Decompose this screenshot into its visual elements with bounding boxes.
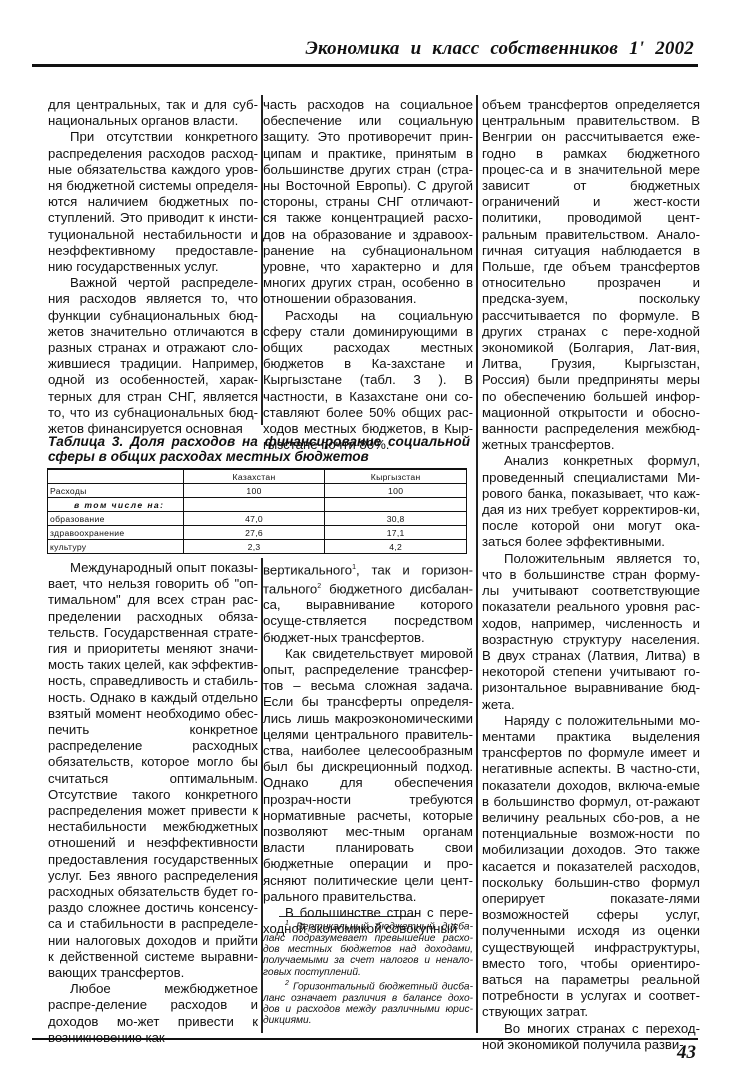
row-label: культуру	[48, 540, 184, 554]
footnote-mark: 1	[285, 920, 289, 927]
footnote-text: Вертикальный бюджетный дисба-ланс подраз…	[263, 921, 473, 977]
paragraph: Анализ конкретных формул, проведенный сп…	[482, 453, 700, 550]
footnotes: 1 Вертикальный бюджетный дисба-ланс подр…	[263, 918, 473, 1026]
footnote-1: 1 Вертикальный бюджетный дисба-ланс подр…	[263, 918, 473, 978]
paragraph: Расходы на социальную сферу стали домини…	[263, 308, 473, 454]
row-label: образование	[48, 512, 184, 526]
footnote-2: 2 Горизонтальный бюджетный дисба-ланс оз…	[263, 978, 473, 1027]
column-divider	[476, 95, 478, 1033]
paragraph: вертикального1, так и горизон-тального2 …	[263, 560, 473, 646]
running-title: Экономика и класс собственников 1' 2002	[0, 38, 694, 60]
cell-value: 100	[325, 484, 467, 498]
cell-value: 17,1	[325, 526, 467, 540]
cell-value	[183, 498, 325, 512]
footnote-text: Горизонтальный бюджетный дисба-ланс озна…	[263, 981, 473, 1026]
row-label: Расходы	[48, 484, 184, 498]
cell-value: 30,8	[325, 512, 467, 526]
cell-value: 2,3	[183, 540, 325, 554]
paragraph: При отсутствии конкретного распределения…	[48, 129, 258, 275]
column-2-top: часть расходов на социальное обеспечение…	[263, 97, 473, 453]
table-caption: Таблица 3. Доля расходов на финансирован…	[48, 434, 470, 464]
table-header-row: Казахстан Кыргызстан	[48, 469, 467, 484]
paragraph: Важной чертой распределе-ния расходов яв…	[48, 275, 258, 437]
column-2-bottom: вертикального1, так и горизон-тального2 …	[263, 560, 473, 937]
column-1-bottom: Международный опыт показы-вает, что нель…	[48, 560, 258, 1046]
table-row: в том числе на:	[48, 498, 467, 512]
table-header-cell: Кыргызстан	[325, 469, 467, 484]
paragraph: Положительным является то, что в большин…	[482, 551, 700, 713]
text-run: вертикального	[263, 562, 352, 577]
row-label: здравоохранение	[48, 526, 184, 540]
cell-value: 27,6	[183, 526, 325, 540]
cell-value: 4,2	[325, 540, 467, 554]
paragraph: для центральных, так и для суб-националь…	[48, 97, 258, 129]
paragraph: Наряду с положительными мо-ментами практ…	[482, 713, 700, 1021]
paragraph: Как свидетельствует мировой опыт, распре…	[263, 646, 473, 905]
table-header-cell: Казахстан	[183, 469, 325, 484]
data-table: Казахстан Кыргызстан Расходы 100 100 в т…	[47, 468, 467, 554]
row-subheader: в том числе на:	[48, 498, 184, 512]
footnote-mark: 2	[285, 980, 289, 987]
paragraph: Любое межбюджетное распре-деление расход…	[48, 981, 258, 1046]
cell-value	[325, 498, 467, 512]
table-row: здравоохранение 27,6 17,1	[48, 526, 467, 540]
cell-value: 47,0	[183, 512, 325, 526]
footnote-rule	[279, 916, 415, 917]
page-number: 43	[640, 1042, 696, 1064]
column-3: объем трансфертов определяется центральн…	[482, 97, 700, 1053]
header-rule	[32, 64, 698, 67]
column-1-top: для центральных, так и для суб-националь…	[48, 97, 258, 437]
cell-value: 100	[183, 484, 325, 498]
paragraph: часть расходов на социальное обеспечение…	[263, 97, 473, 308]
table-header-cell	[48, 469, 184, 484]
table-row: образование 47,0 30,8	[48, 512, 467, 526]
paragraph: объем трансфертов определяется центральн…	[482, 97, 700, 453]
paragraph: Международный опыт показы-вает, что нель…	[48, 560, 258, 981]
table-row: культуру 2,3 4,2	[48, 540, 467, 554]
table-row: Расходы 100 100	[48, 484, 467, 498]
footer-rule	[32, 1038, 698, 1040]
